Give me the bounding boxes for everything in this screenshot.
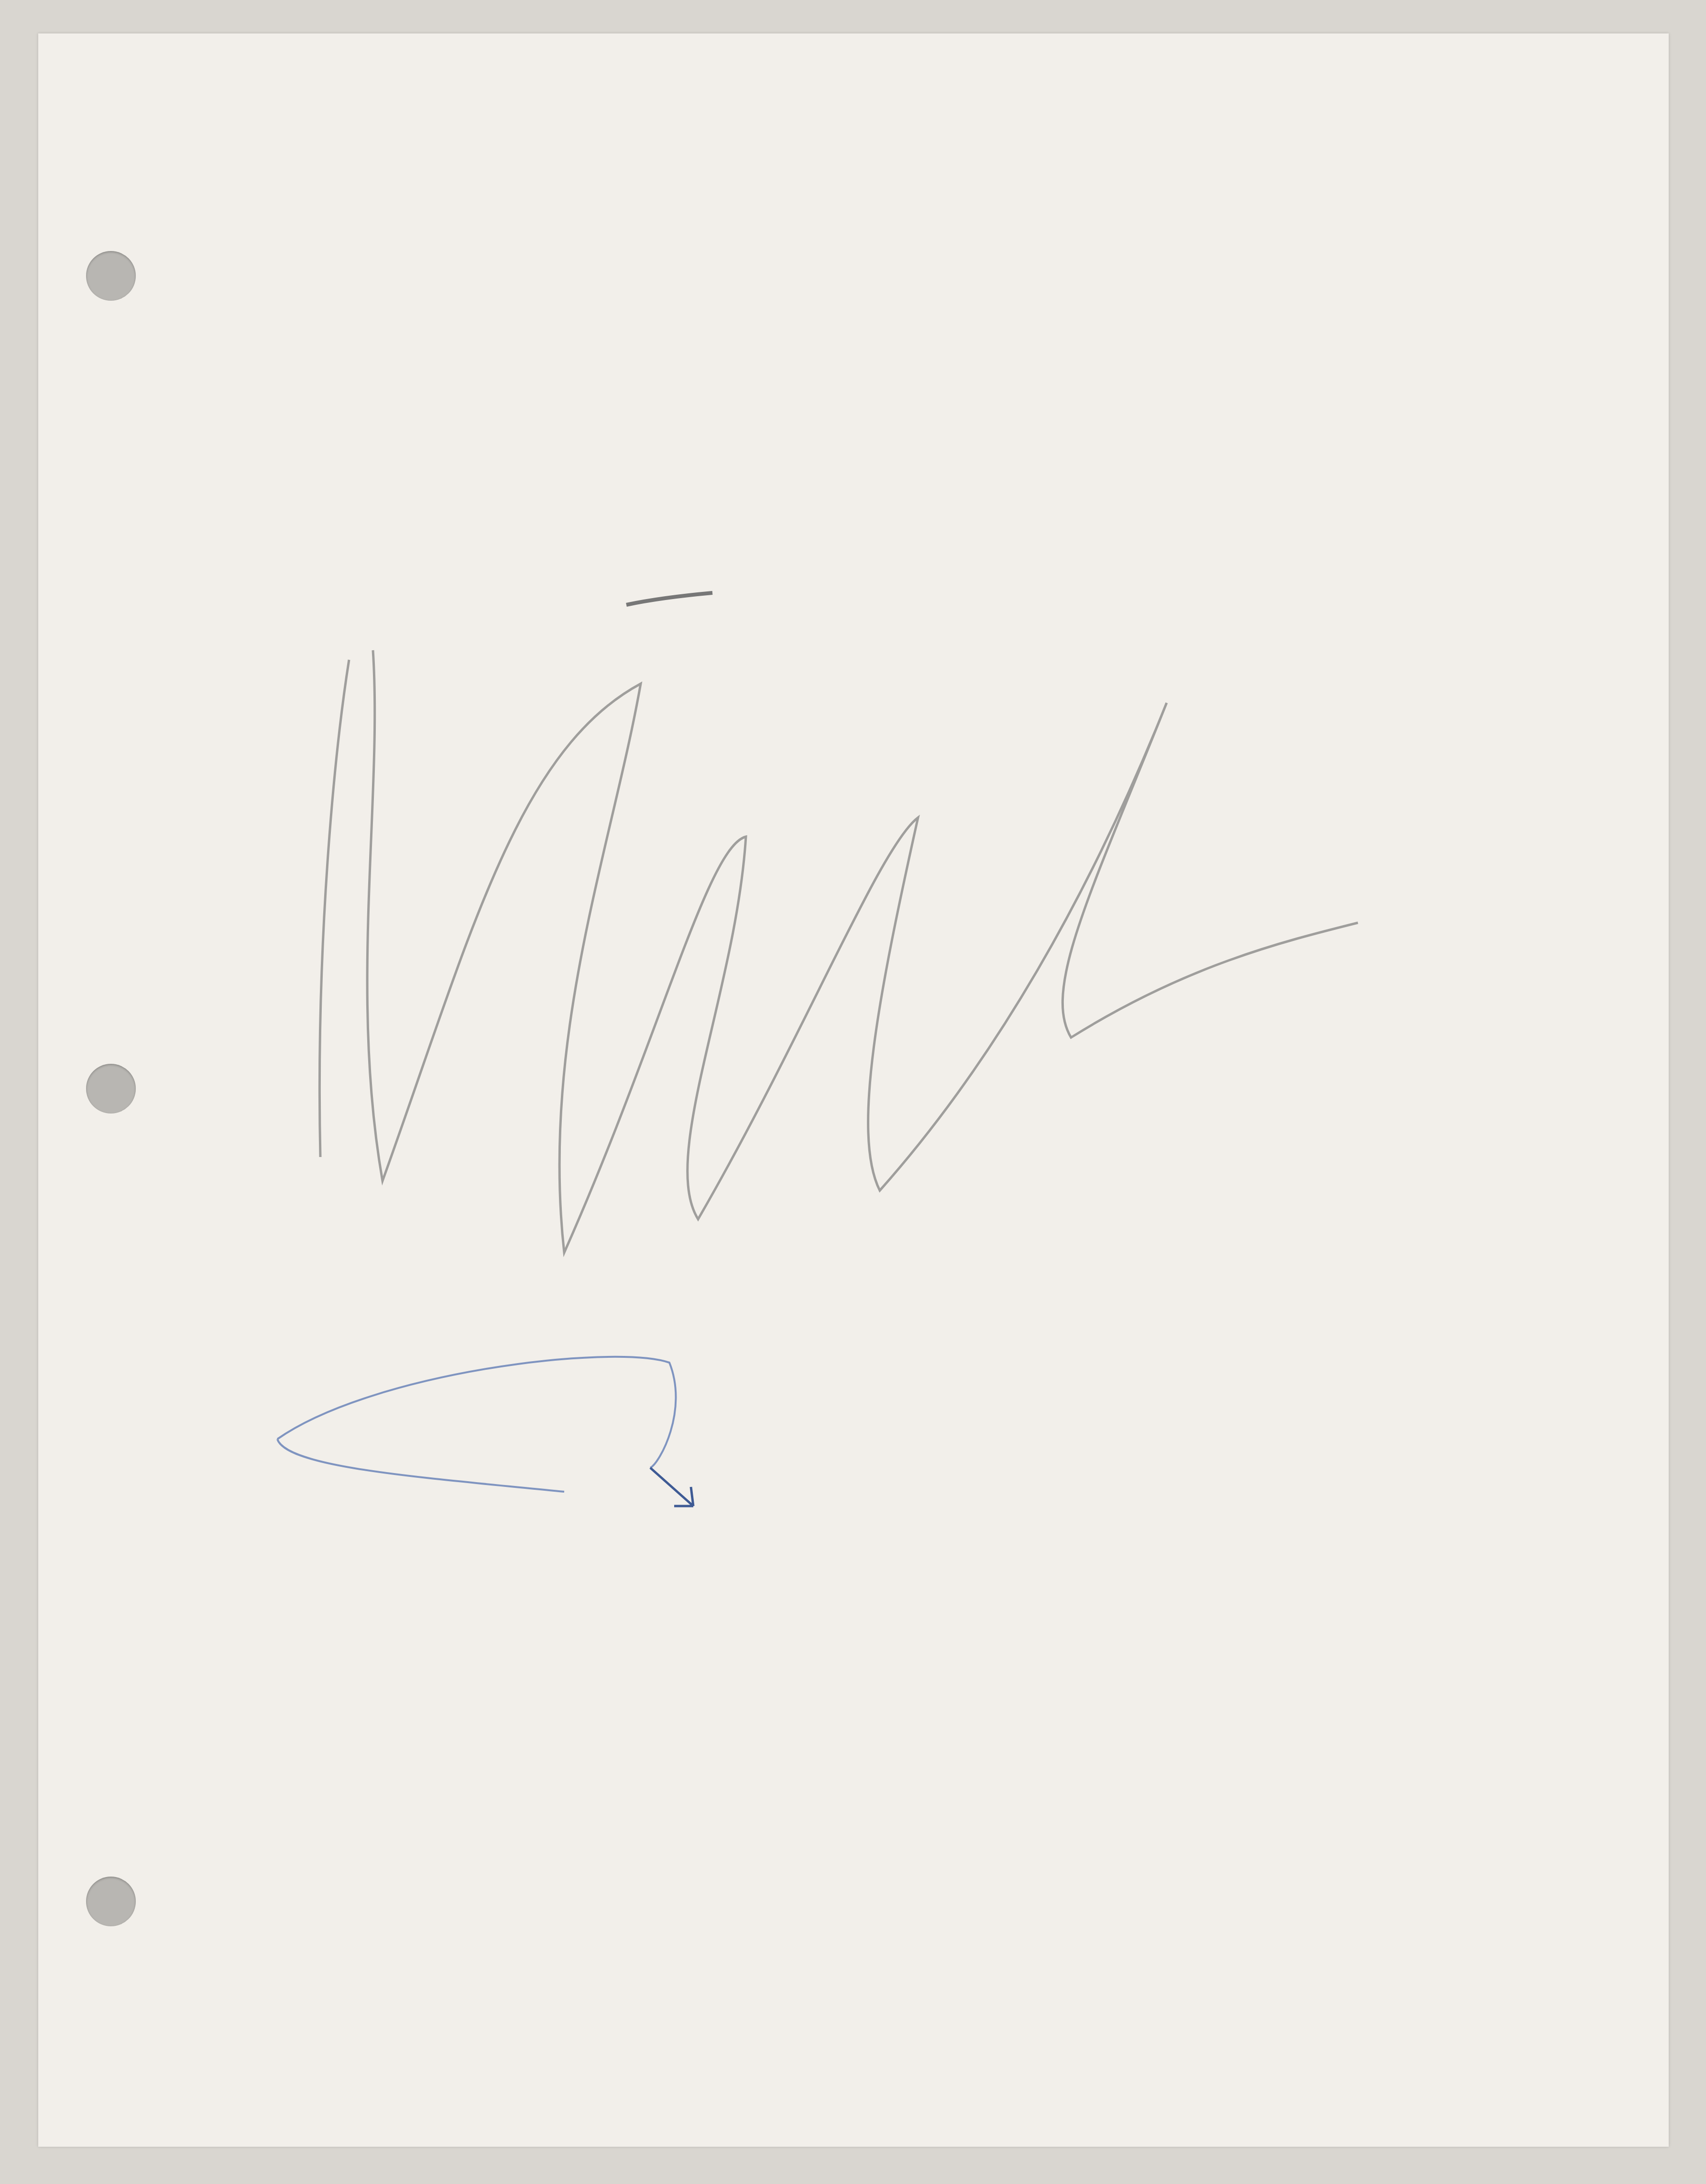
note-heading [705, 567, 776, 668]
pencil-scribble [38, 33, 1669, 2147]
punch-hole [86, 1064, 136, 1114]
section-heading [521, 1520, 595, 1624]
document-page [38, 33, 1669, 2147]
punch-hole [86, 251, 136, 301]
punch-hole [86, 1877, 136, 1926]
